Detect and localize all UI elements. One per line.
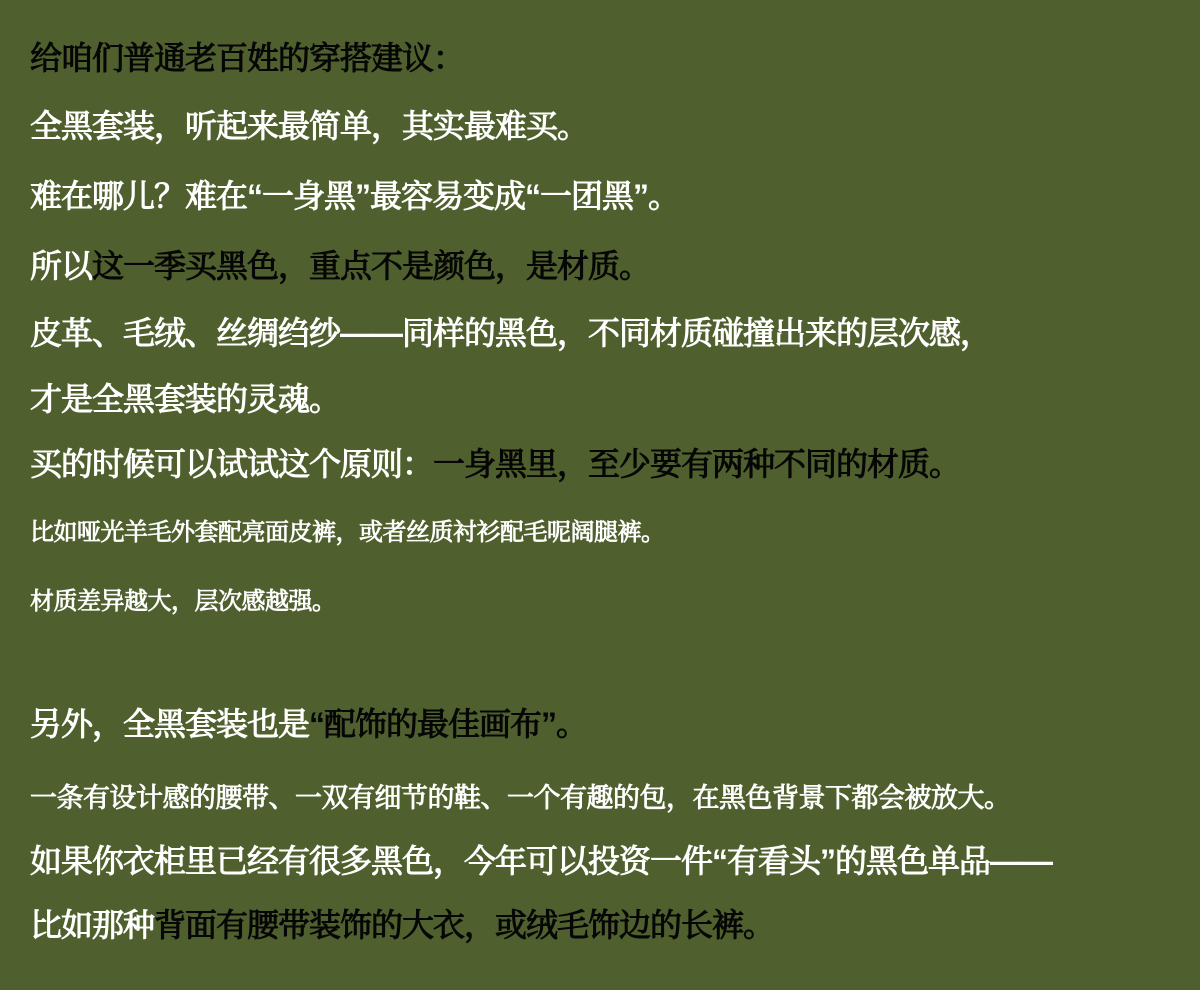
title-text: 给咱们普通老百姓的穿搭建议： bbox=[30, 40, 464, 76]
line-investment-advice: 如果你衣柜里已经有很多黑色，今年可以投资一件“有看头”的黑色单品—— bbox=[30, 845, 1052, 877]
line-pairing-example: 比如哑光羊毛外套配亮面皮裤，或者丝质衬衫配毛呢阔腿裤。 bbox=[30, 521, 665, 545]
principle-white: 买的时候可以试试这个原则： bbox=[30, 446, 433, 482]
accessory-canvas-black: “配饰的最佳画布”。 bbox=[309, 706, 587, 742]
item-example-white: 比如那种 bbox=[30, 907, 154, 943]
season-focus-black: 这一季买黑色，重点不是颜色，是材质。 bbox=[92, 248, 650, 284]
line-all-black-intro: 全黑套装，听起来最简单，其实最难买。 bbox=[30, 110, 588, 142]
line-season-focus: 所以这一季买黑色，重点不是颜色，是材质。 bbox=[30, 250, 650, 282]
accessory-canvas-white: 另外，全黑套装也是 bbox=[30, 706, 309, 742]
advice-poster: 给咱们普通老百姓的穿搭建议： 全黑套装，听起来最简单，其实最难买。 难在哪儿？难… bbox=[0, 0, 1200, 990]
line-difficulty: 难在哪儿？难在“一身黑”最容易变成“一团黑”。 bbox=[30, 180, 679, 212]
line-accessory-examples: 一条有设计感的腰带、一双有细节的鞋、一个有趣的包，在黑色背景下都会被放大。 bbox=[30, 785, 1011, 812]
line-materials: 皮革、毛绒、丝绸绉纱——同样的黑色，不同材质碰撞出来的层次感， bbox=[30, 317, 991, 349]
advice-title: 给咱们普通老百姓的穿搭建议： bbox=[30, 42, 464, 74]
line-principle: 买的时候可以试试这个原则：一身黑里，至少要有两种不同的材质。 bbox=[30, 448, 960, 480]
line-accessory-canvas: 另外，全黑套装也是“配饰的最佳画布”。 bbox=[30, 708, 587, 740]
season-focus-white: 所以 bbox=[30, 248, 92, 284]
line-soul: 才是全黑套装的灵魂。 bbox=[30, 383, 340, 415]
line-contrast-rule: 材质差异越大，层次感越强。 bbox=[30, 590, 336, 614]
item-example-black: 背面有腰带装饰的大衣，或绒毛饰边的长裤。 bbox=[154, 907, 774, 943]
principle-black: 一身黑里，至少要有两种不同的材质。 bbox=[433, 446, 960, 482]
line-item-example: 比如那种背面有腰带装饰的大衣，或绒毛饰边的长裤。 bbox=[30, 909, 774, 941]
